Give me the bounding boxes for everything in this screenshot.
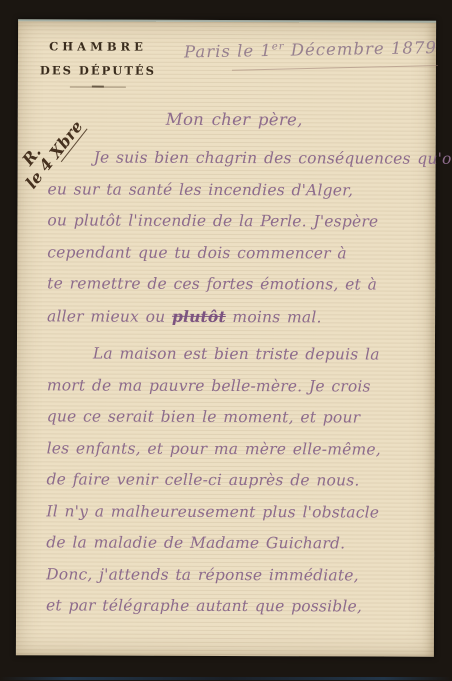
letterhead-line1: CHAMBRE bbox=[30, 39, 166, 53]
body-line: Il n'y a malheureusement plus l'obstacle bbox=[46, 496, 428, 529]
body-line: de faire venir celle-ci auprès de nous. bbox=[46, 464, 428, 497]
letterhead-line2: DES DÉPUTÉS bbox=[30, 63, 166, 77]
body-line: Je suis bien chagrin des conséquences qu… bbox=[48, 142, 430, 175]
scan-edge-artifact bbox=[0, 677, 452, 680]
body-line: que ce serait bien le moment, et pour bbox=[47, 401, 429, 434]
body-line: Donc, j'attends ta réponse immédiate, bbox=[46, 559, 428, 592]
date-prefix: Paris le 1 bbox=[184, 41, 272, 62]
body-line: et par télégraphe autant que possible, bbox=[46, 590, 428, 623]
scanned-letter-page: { "letter": { "letterhead": { "line1": "… bbox=[0, 0, 452, 681]
body-line: te remettre de ces fortes émotions, et à bbox=[47, 268, 429, 301]
struck-word: plutôt bbox=[172, 306, 226, 325]
date-rest: Décembre 1879 bbox=[284, 38, 437, 60]
letter-paper: CHAMBRE DES DÉPUTÉS Paris le 1er Décembr… bbox=[16, 19, 436, 656]
letterhead-rule bbox=[70, 86, 126, 87]
salutation: Mon cher père, bbox=[166, 110, 303, 129]
body-line: La maison est bien triste depuis la bbox=[47, 338, 429, 371]
body-line: ou plutôt l'incendie de la Perle. J'espè… bbox=[47, 205, 429, 238]
letterhead: CHAMBRE DES DÉPUTÉS bbox=[30, 39, 166, 87]
body-line-with-strikethrough: aller mieux ou plutôt moins mal. bbox=[47, 300, 429, 334]
body-line: cependant que tu dois commencer à bbox=[47, 237, 429, 270]
body-line: les enfants, et pour ma mère elle-même, bbox=[47, 433, 429, 466]
letter-body: Je suis bien chagrin des conséquences qu… bbox=[46, 142, 430, 623]
date-underline-rule bbox=[232, 65, 438, 71]
body-line: de la maladie de Madame Guichard. bbox=[46, 527, 428, 560]
date-line: Paris le 1er Décembre 1879 bbox=[184, 38, 437, 61]
date-superscript: er bbox=[272, 41, 285, 52]
body-line: mort de ma pauvre belle-mère. Je crois bbox=[47, 370, 429, 403]
body-line: eu sur ta santé les incendies d'Alger, bbox=[47, 174, 429, 207]
